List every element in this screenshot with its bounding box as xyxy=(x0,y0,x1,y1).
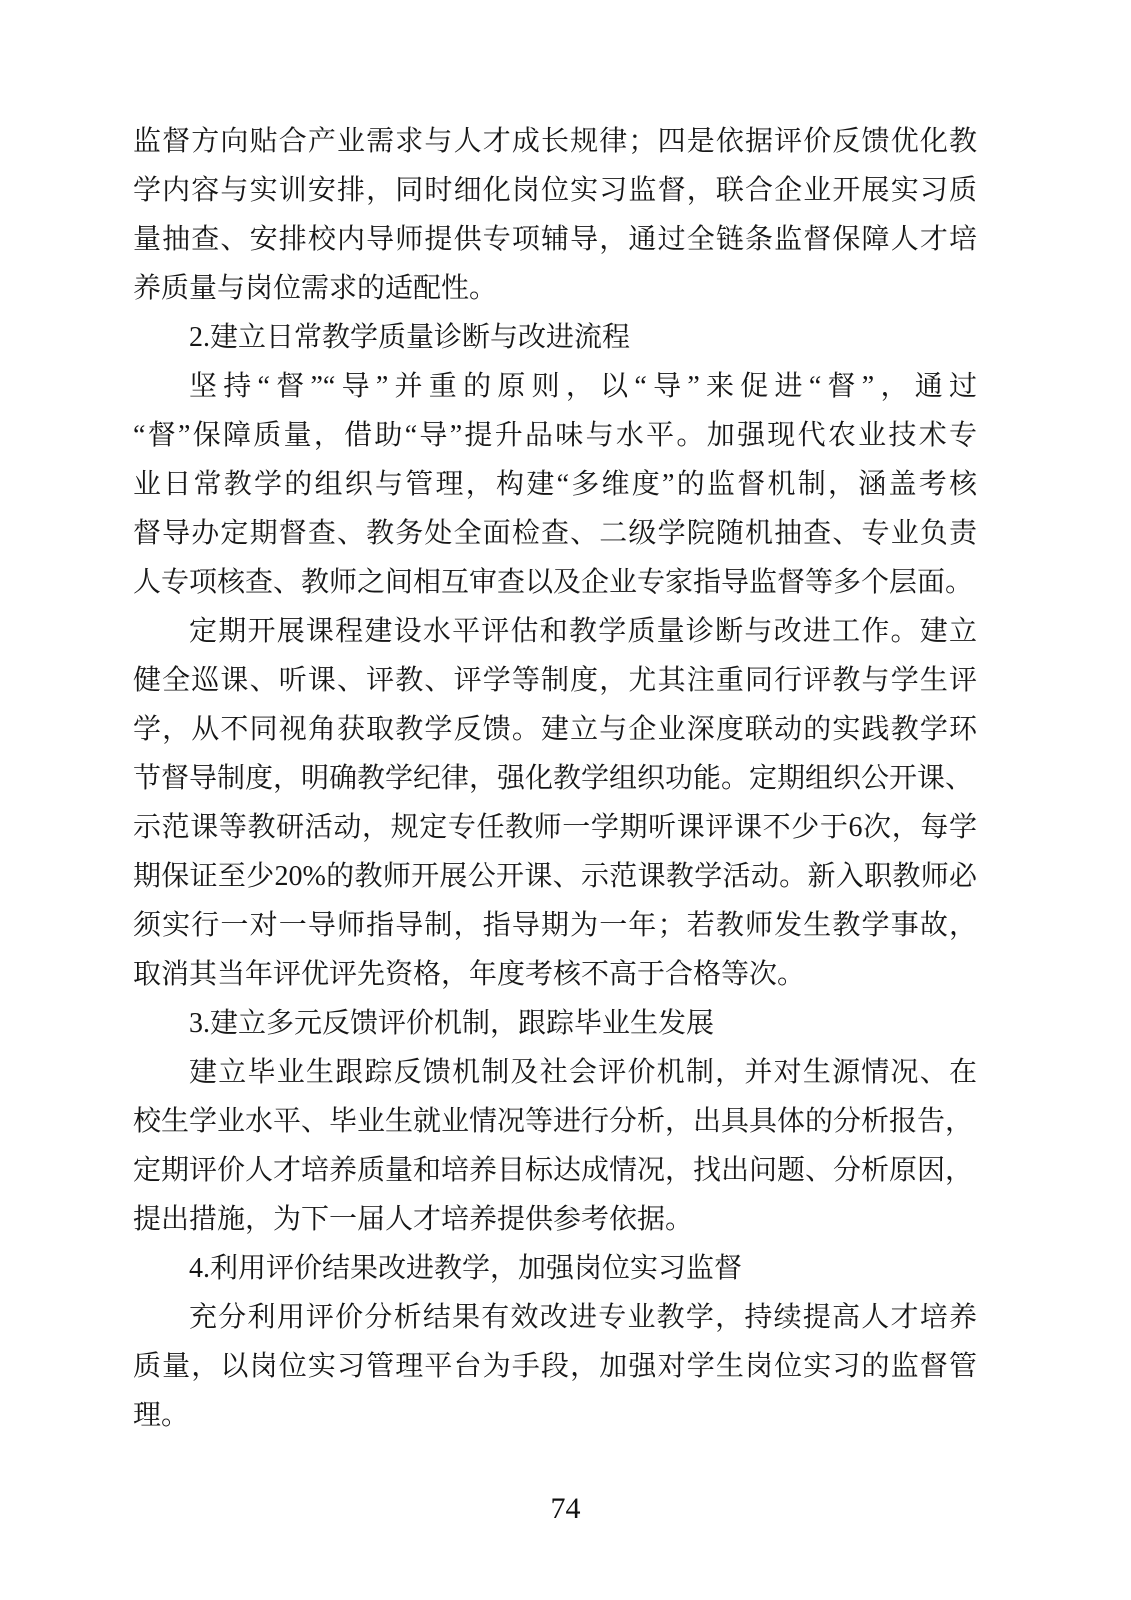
text-line: 期保证至少20%的教师开展公开课、示范课教学活动。新入职教师必 xyxy=(133,852,977,901)
text-line: 定期开展课程建设水平评估和教学质量诊断与改进工作。建立 xyxy=(133,607,977,656)
text-line: 建立毕业生跟踪反馈机制及社会评价机制，并对生源情况、在 xyxy=(133,1048,977,1097)
text-line: 质量，以岗位实习管理平台为手段，加强对学生岗位实习的监督管 xyxy=(133,1342,977,1391)
text-line: 学内容与实训安排，同时细化岗位实习监督，联合企业开展实习质 xyxy=(133,166,977,215)
text-line: 须实行一对一导师指导制，指导期为一年；若教师发生教学事故， xyxy=(133,901,977,950)
page-number: 74 xyxy=(0,1492,1131,1526)
text-line: 督导办定期督查、教务处全面检查、二级学院随机抽查、专业负责 xyxy=(133,509,977,558)
text-line: 节督导制度，明确教学纪律，强化教学组织功能。定期组织公开课、 xyxy=(133,754,977,803)
text-line: 充分利用评价分析结果有效改进专业教学，持续提高人才培养 xyxy=(133,1293,977,1342)
text-line: 2.建立日常教学质量诊断与改进流程 xyxy=(133,313,977,362)
text-line: 养质量与岗位需求的适配性。 xyxy=(133,264,977,313)
text-line: 校生学业水平、毕业生就业情况等进行分析，出具具体的分析报告， xyxy=(133,1097,977,1146)
text-line: 健全巡课、听课、评教、评学等制度，尤其注重同行评教与学生评 xyxy=(133,656,977,705)
text-line: 定期评价人才培养质量和培养目标达成情况，找出问题、分析原因， xyxy=(133,1146,977,1195)
text-line: 提出措施，为下一届人才培养提供参考依据。 xyxy=(133,1195,977,1244)
document-page: 监督方向贴合产业需求与人才成长规律；四是依据评价反馈优化教学内容与实训安排，同时… xyxy=(0,0,1131,1600)
text-line: 3.建立多元反馈评价机制，跟踪毕业生发展 xyxy=(133,999,977,1048)
text-line: 坚持“督”“导”并重的原则，以“导”来促进“督”，通过 xyxy=(133,362,977,411)
text-line: 示范课等教研活动，规定专任教师一学期听课评课不少于6次，每学 xyxy=(133,803,977,852)
text-line: 人专项核查、教师之间相互审查以及企业专家指导监督等多个层面。 xyxy=(133,558,977,607)
text-line: 量抽查、安排校内导师提供专项辅导，通过全链条监督保障人才培 xyxy=(133,215,977,264)
text-line: 学，从不同视角获取教学反馈。建立与企业深度联动的实践教学环 xyxy=(133,705,977,754)
text-line: 业日常教学的组织与管理，构建“多维度”的监督机制，涵盖考核 xyxy=(133,460,977,509)
text-line: 理。 xyxy=(133,1391,977,1440)
text-line: 取消其当年评优评先资格，年度考核不高于合格等次。 xyxy=(133,950,977,999)
text-line: 4.利用评价结果改进教学，加强岗位实习监督 xyxy=(133,1244,977,1293)
text-line: 监督方向贴合产业需求与人才成长规律；四是依据评价反馈优化教 xyxy=(133,117,977,166)
body-text: 监督方向贴合产业需求与人才成长规律；四是依据评价反馈优化教学内容与实训安排，同时… xyxy=(133,117,977,1440)
text-line: “督”保障质量，借助“导”提升品味与水平。加强现代农业技术专 xyxy=(133,411,977,460)
